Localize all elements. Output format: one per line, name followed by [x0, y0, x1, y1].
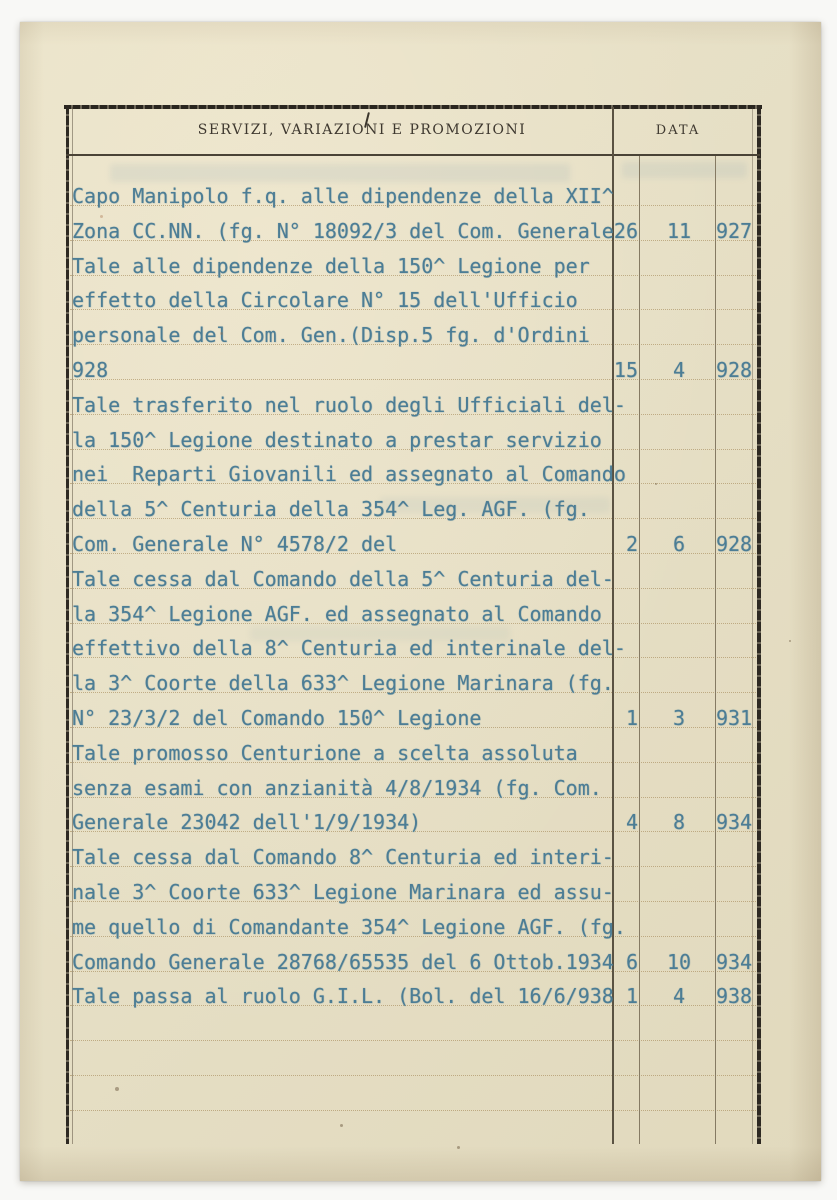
scanned-document-screenshot: { "colors": { "paper": "#e6dfc5", "typew…	[0, 0, 837, 1200]
paper-speck	[100, 215, 103, 218]
table-row: Com. Generale N° 4578/2 del 2 6 928	[0, 533, 837, 556]
paper-speck	[340, 1124, 343, 1127]
table-row: Generale 23042 dell'1/9/1934) 4 8 934	[0, 811, 837, 834]
table-row: me quello di Comandante 354^ Legione AGF…	[0, 916, 837, 939]
record-text: nei Reparti Giovanili ed assegnato al Co…	[72, 463, 626, 486]
table-row: senza esami con anzianità 4/8/1934 (fg. …	[0, 777, 837, 800]
table-row: Tale passa al ruolo G.I.L. (Bol. del 16/…	[0, 985, 837, 1008]
date-year: 934	[711, 951, 757, 974]
table-row: Capo Manipolo f.q. alle dipendenze della…	[0, 185, 837, 208]
table-row: nei Reparti Giovanili ed assegnato al Co…	[0, 463, 837, 486]
record-text: la 354^ Legione AGF. ed assegnato al Com…	[72, 603, 602, 626]
services-column-header: SERVIZI, VARIAZIONI E PROMOZIONI	[140, 122, 584, 138]
date-month: 4	[650, 985, 708, 1008]
record-text: della 5^ Centuria della 354^ Leg. AGF. (…	[72, 498, 590, 521]
table-row: la 150^ Legione destinato a prestar serv…	[0, 429, 837, 452]
table-row: Tale cessa dal Comando 8^ Centuria ed in…	[0, 846, 837, 869]
date-day: 4	[604, 811, 638, 834]
record-text: Zona CC.NN. (fg. N° 18092/3 del Com. Gen…	[72, 220, 614, 243]
date-month: 3	[650, 707, 708, 730]
record-text: Tale passa al ruolo G.I.L. (Bol. del 16/…	[72, 985, 614, 1008]
record-text: senza esami con anzianità 4/8/1934 (fg. …	[72, 777, 602, 800]
record-text: Tale cessa dal Comando della 5^ Centuria…	[72, 568, 614, 591]
table-row: Comando Generale 28768/65535 del 6 Ottob…	[0, 951, 837, 974]
date-day: 1	[604, 707, 638, 730]
date-day: 15	[604, 359, 638, 382]
table-top-border	[64, 105, 762, 109]
ruled-line	[70, 1040, 756, 1041]
date-year: 927	[711, 220, 757, 243]
table-row: Tale trasferito nel ruolo degli Ufficial…	[0, 394, 837, 417]
table-row: la 3^ Coorte della 633^ Legione Marinara…	[0, 672, 837, 695]
table-row: effetto della Circolare N° 15 dell'Uffic…	[0, 289, 837, 312]
record-text: effetto della Circolare N° 15 dell'Uffic…	[72, 289, 578, 312]
date-year: 928	[711, 533, 757, 556]
record-text: 928	[72, 359, 108, 382]
table-row: della 5^ Centuria della 354^ Leg. AGF. (…	[0, 498, 837, 521]
record-text: N° 23/3/2 del Comando 150^ Legione	[72, 707, 481, 730]
table-row: N° 23/3/2 del Comando 150^ Legione 1 3 9…	[0, 707, 837, 730]
date-month: 4	[650, 359, 708, 382]
record-text: Capo Manipolo f.q. alle dipendenze della…	[72, 185, 614, 208]
paper-speck	[220, 332, 223, 335]
record-text: effettivo della 8^ Centuria ed interinal…	[72, 637, 626, 660]
date-year: 928	[711, 359, 757, 382]
table-row: personale del Com. Gen.(Disp.5 fg. d'Ord…	[0, 324, 837, 347]
ruled-line	[70, 1110, 756, 1111]
date-month: 6	[650, 533, 708, 556]
ruled-line	[70, 1075, 756, 1076]
paper-speck	[115, 1087, 119, 1091]
record-text: Tale trasferito nel ruolo degli Ufficial…	[72, 394, 626, 417]
date-year: 938	[711, 985, 757, 1008]
record-text: Comando Generale 28768/65535 del 6 Ottob…	[72, 951, 614, 974]
record-text: la 150^ Legione destinato a prestar serv…	[72, 429, 602, 452]
record-text: Tale cessa dal Comando 8^ Centuria ed in…	[72, 846, 614, 869]
header-separator-line	[66, 154, 760, 156]
table-row: effettivo della 8^ Centuria ed interinal…	[0, 637, 837, 660]
date-column-header: DATA	[613, 123, 743, 138]
date-day: 6	[604, 951, 638, 974]
date-month: 8	[650, 811, 708, 834]
table-row: la 354^ Legione AGF. ed assegnato al Com…	[0, 603, 837, 626]
record-text: me quello di Comandante 354^ Legione AGF…	[72, 916, 626, 939]
date-day: 26	[604, 220, 638, 243]
date-day: 2	[604, 533, 638, 556]
paper-speck	[789, 640, 791, 642]
date-month: 10	[650, 951, 708, 974]
table-row: 928 15 4 928	[0, 359, 837, 382]
table-row: Tale promosso Centurione a scelta assolu…	[0, 742, 837, 765]
record-text: la 3^ Coorte della 633^ Legione Marinara…	[72, 672, 614, 695]
date-year: 931	[711, 707, 757, 730]
record-text: nale 3^ Coorte 633^ Legione Marinara ed …	[72, 881, 614, 904]
date-month: 11	[650, 220, 708, 243]
record-text: Generale 23042 dell'1/9/1934)	[72, 811, 421, 834]
record-text: Tale promosso Centurione a scelta assolu…	[72, 742, 578, 765]
date-year: 934	[711, 811, 757, 834]
table-row: Zona CC.NN. (fg. N° 18092/3 del Com. Gen…	[0, 220, 837, 243]
date-day: 1	[604, 985, 638, 1008]
record-text: Com. Generale N° 4578/2 del	[72, 533, 397, 556]
table-row: Tale cessa dal Comando della 5^ Centuria…	[0, 568, 837, 591]
table-row: Tale alle dipendenze della 150^ Legione …	[0, 255, 837, 278]
record-text: Tale alle dipendenze della 150^ Legione …	[72, 255, 590, 278]
paper-speck	[457, 1146, 460, 1149]
record-text: personale del Com. Gen.(Disp.5 fg. d'Ord…	[72, 324, 590, 347]
paper-speck	[655, 483, 657, 485]
table-row: nale 3^ Coorte 633^ Legione Marinara ed …	[0, 881, 837, 904]
